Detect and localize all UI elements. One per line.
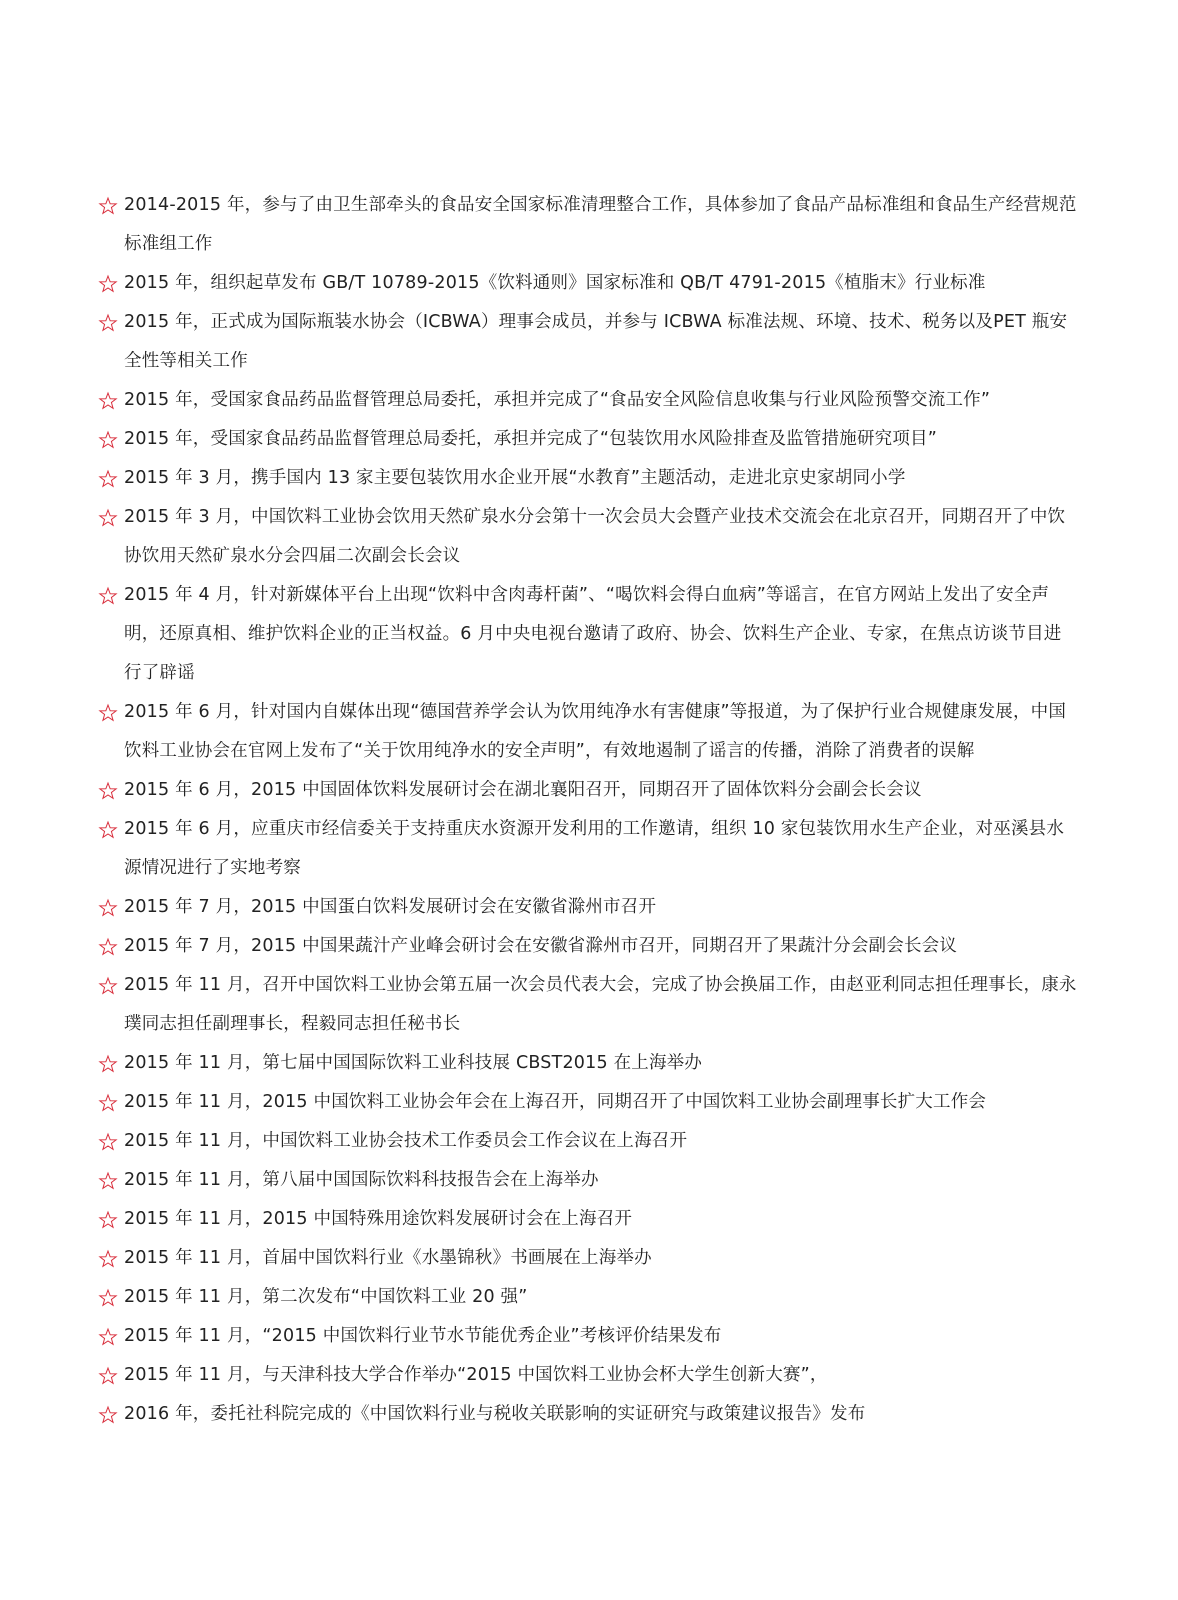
star-outline-icon xyxy=(98,264,122,303)
star-outline-icon xyxy=(98,303,122,342)
timeline-entry: 2015 年 11 月，首届中国饮料行业《水墨锦秋》书画展在上海举办 xyxy=(98,1239,1078,1278)
entry-text: 2015 年，正式成为国际瓶装水协会（ICBWA）理事会成员，并参与 ICBWA… xyxy=(124,303,1078,381)
star-outline-icon xyxy=(98,459,122,498)
timeline-entry: 2015 年，组织起草发布 GB/T 10789-2015《饮料通则》国家标准和… xyxy=(98,264,1078,303)
star-outline-icon xyxy=(98,771,122,810)
timeline-entry: 2015 年 11 月，中国饮料工业协会技术工作委员会工作会议在上海召开 xyxy=(98,1122,1078,1161)
entry-text: 2015 年 11 月，召开中国饮料工业协会第五届一次会员代表大会，完成了协会换… xyxy=(124,966,1078,1044)
timeline-entry: 2015 年 6 月，2015 中国固体饮料发展研讨会在湖北襄阳召开，同期召开了… xyxy=(98,771,1078,810)
star-outline-icon xyxy=(98,1044,122,1083)
star-outline-icon xyxy=(98,576,122,615)
entry-text: 2015 年 11 月，2015 中国特殊用途饮料发展研讨会在上海召开 xyxy=(124,1200,1078,1239)
star-outline-icon xyxy=(98,1239,122,1278)
timeline-entry: 2015 年 11 月，2015 中国饮料工业协会年会在上海召开，同期召开了中国… xyxy=(98,1083,1078,1122)
star-outline-icon xyxy=(98,1083,122,1122)
star-outline-icon xyxy=(98,381,122,420)
entry-text: 2015 年 6 月，针对国内自媒体出现“德国营养学会认为饮用纯净水有害健康”等… xyxy=(124,693,1078,771)
star-outline-icon xyxy=(98,1161,122,1200)
entry-text: 2015 年 11 月，2015 中国饮料工业协会年会在上海召开，同期召开了中国… xyxy=(124,1083,1078,1122)
star-outline-icon xyxy=(98,1395,122,1434)
entry-text: 2015 年，组织起草发布 GB/T 10789-2015《饮料通则》国家标准和… xyxy=(124,264,1078,303)
entry-text: 2015 年 11 月，第七届中国国际饮料工业科技展 CBST2015 在上海举… xyxy=(124,1044,1078,1083)
star-outline-icon xyxy=(98,1200,122,1239)
star-outline-icon xyxy=(98,498,122,537)
entry-text: 2015 年 6 月，2015 中国固体饮料发展研讨会在湖北襄阳召开，同期召开了… xyxy=(124,771,1078,810)
star-outline-icon xyxy=(98,1122,122,1161)
entry-text: 2015 年 3 月，携手国内 13 家主要包装饮用水企业开展“水教育”主题活动… xyxy=(124,459,1078,498)
timeline-entry: 2015 年 11 月，第八届中国国际饮料科技报告会在上海举办 xyxy=(98,1161,1078,1200)
timeline-entry: 2015 年 3 月，携手国内 13 家主要包装饮用水企业开展“水教育”主题活动… xyxy=(98,459,1078,498)
entry-text: 2015 年 7 月，2015 中国果蔬汁产业峰会研讨会在安徽省滁州市召开，同期… xyxy=(124,927,1078,966)
star-outline-icon xyxy=(98,1278,122,1317)
timeline-entry: 2015 年 11 月，第二次发布“中国饮料工业 20 强” xyxy=(98,1278,1078,1317)
timeline-entry: 2015 年 11 月，召开中国饮料工业协会第五届一次会员代表大会，完成了协会换… xyxy=(98,966,1078,1044)
star-outline-icon xyxy=(98,1317,122,1356)
timeline-entry: 2016 年，委托社科院完成的《中国饮料行业与税收关联影响的实证研究与政策建议报… xyxy=(98,1395,1078,1434)
timeline-entry: 2015 年 11 月，2015 中国特殊用途饮料发展研讨会在上海召开 xyxy=(98,1200,1078,1239)
timeline-entry: 2015 年 7 月，2015 中国蛋白饮料发展研讨会在安徽省滁州市召开 xyxy=(98,888,1078,927)
timeline-entry: 2015 年 11 月，第七届中国国际饮料工业科技展 CBST2015 在上海举… xyxy=(98,1044,1078,1083)
star-outline-icon xyxy=(98,420,122,459)
star-outline-icon xyxy=(98,693,122,732)
timeline-entry: 2014-2015 年，参与了由卫生部牵头的食品安全国家标准清理整合工作，具体参… xyxy=(98,186,1078,264)
star-outline-icon xyxy=(98,966,122,1005)
entry-text: 2015 年 11 月，“2015 中国饮料行业节水节能优秀企业”考核评价结果发… xyxy=(124,1317,1078,1356)
entry-text: 2015 年 3 月，中国饮料工业协会饮用天然矿泉水分会第十一次会员大会暨产业技… xyxy=(124,498,1078,576)
timeline-document: 2014-2015 年，参与了由卫生部牵头的食品安全国家标准清理整合工作，具体参… xyxy=(98,186,1078,1434)
entry-text: 2015 年，受国家食品药品监督管理总局委托，承担并完成了“包装饮用水风险排查及… xyxy=(124,420,1078,459)
star-outline-icon xyxy=(98,888,122,927)
star-outline-icon xyxy=(98,1356,122,1395)
timeline-entry: 2015 年 3 月，中国饮料工业协会饮用天然矿泉水分会第十一次会员大会暨产业技… xyxy=(98,498,1078,576)
star-outline-icon xyxy=(98,810,122,849)
timeline-entry: 2015 年 4 月，针对新媒体平台上出现“饮料中含肉毒杆菌”、“喝饮料会得白血… xyxy=(98,576,1078,693)
star-outline-icon xyxy=(98,186,122,225)
entry-text: 2015 年，受国家食品药品监督管理总局委托，承担并完成了“食品安全风险信息收集… xyxy=(124,381,1078,420)
entry-text: 2015 年 11 月，中国饮料工业协会技术工作委员会工作会议在上海召开 xyxy=(124,1122,1078,1161)
entry-text: 2015 年 7 月，2015 中国蛋白饮料发展研讨会在安徽省滁州市召开 xyxy=(124,888,1078,927)
entry-text: 2016 年，委托社科院完成的《中国饮料行业与税收关联影响的实证研究与政策建议报… xyxy=(124,1395,1078,1434)
entry-text: 2015 年 6 月，应重庆市经信委关于支持重庆水资源开发利用的工作邀请，组织 … xyxy=(124,810,1078,888)
timeline-entry: 2015 年 6 月，针对国内自媒体出现“德国营养学会认为饮用纯净水有害健康”等… xyxy=(98,693,1078,771)
timeline-entry: 2015 年，受国家食品药品监督管理总局委托，承担并完成了“包装饮用水风险排查及… xyxy=(98,420,1078,459)
entry-text: 2014-2015 年，参与了由卫生部牵头的食品安全国家标准清理整合工作，具体参… xyxy=(124,186,1078,264)
timeline-entry: 2015 年 6 月，应重庆市经信委关于支持重庆水资源开发利用的工作邀请，组织 … xyxy=(98,810,1078,888)
entry-text: 2015 年 11 月，第二次发布“中国饮料工业 20 强” xyxy=(124,1278,1078,1317)
timeline-entry: 2015 年 7 月，2015 中国果蔬汁产业峰会研讨会在安徽省滁州市召开，同期… xyxy=(98,927,1078,966)
entry-text: 2015 年 11 月，第八届中国国际饮料科技报告会在上海举办 xyxy=(124,1161,1078,1200)
timeline-entry: 2015 年 11 月，与天津科技大学合作举办“2015 中国饮料工业协会杯大学… xyxy=(98,1356,1078,1395)
timeline-entry: 2015 年，正式成为国际瓶装水协会（ICBWA）理事会成员，并参与 ICBWA… xyxy=(98,303,1078,381)
timeline-entry: 2015 年 11 月，“2015 中国饮料行业节水节能优秀企业”考核评价结果发… xyxy=(98,1317,1078,1356)
entry-text: 2015 年 11 月，首届中国饮料行业《水墨锦秋》书画展在上海举办 xyxy=(124,1239,1078,1278)
entry-text: 2015 年 11 月，与天津科技大学合作举办“2015 中国饮料工业协会杯大学… xyxy=(124,1356,1078,1395)
star-outline-icon xyxy=(98,927,122,966)
entry-text: 2015 年 4 月，针对新媒体平台上出现“饮料中含肉毒杆菌”、“喝饮料会得白血… xyxy=(124,576,1078,693)
timeline-entry: 2015 年，受国家食品药品监督管理总局委托，承担并完成了“食品安全风险信息收集… xyxy=(98,381,1078,420)
